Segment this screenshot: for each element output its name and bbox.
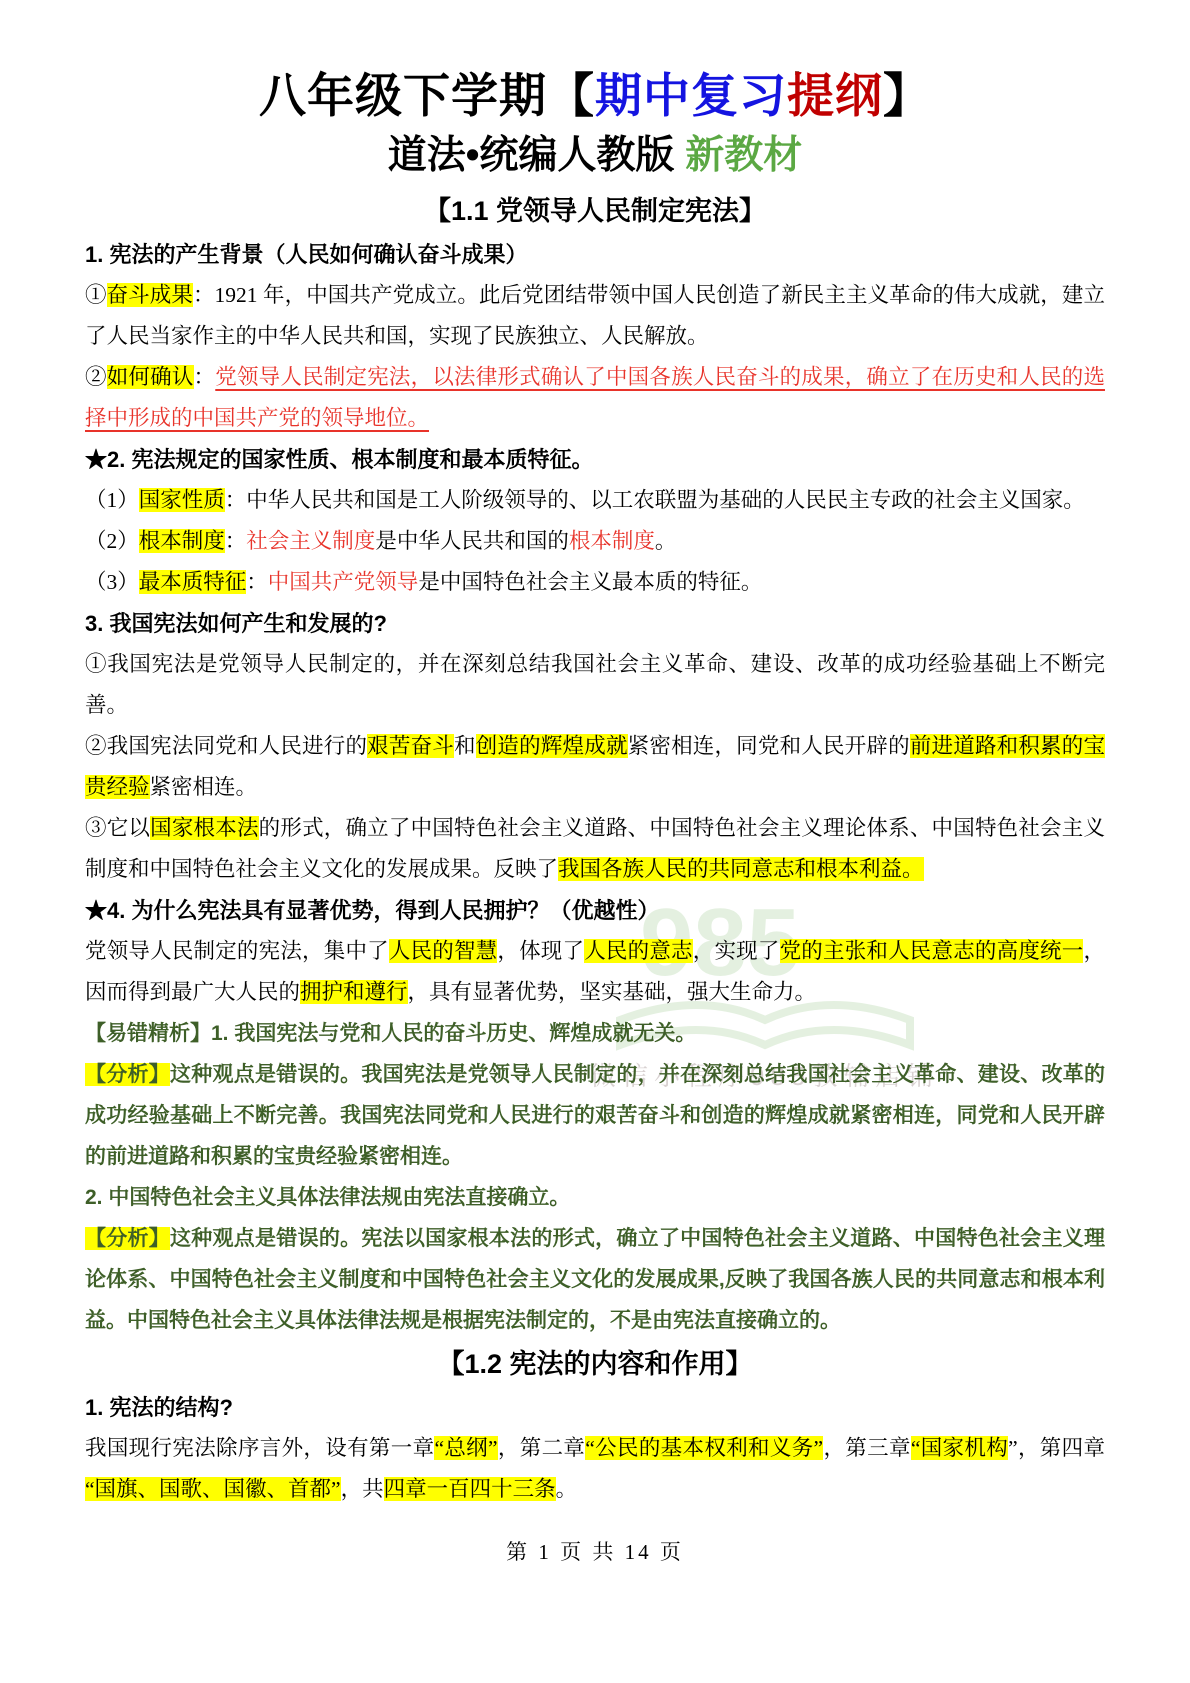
text-segment: 1. 宪法的结构? [85, 1395, 233, 1420]
text-segment: 根本制度 [139, 529, 225, 553]
text-segment: 根本制度 [569, 529, 655, 553]
section-heading-1-2: 【1.2 宪法的内容和作用】 [85, 1341, 1105, 1387]
text-segment: 【1.1 党领导人民制定宪法】 [424, 196, 766, 226]
answer-2-item-2: （2）根本制度：社会主义制度是中华人民共和国的根本制度。 [85, 521, 1105, 562]
text-segment: 人民的智慧 [389, 939, 498, 963]
question-2-heading: ★2. 宪法规定的国家性质、根本制度和最本质特征。 [85, 439, 1105, 480]
section-heading-1-1: 【1.1 党领导人民制定宪法】 [85, 188, 1105, 234]
answer-1-item-1: ①奋斗成果：1921 年，中国共产党成立。此后党团结带领中国人民创造了新民主主义… [85, 275, 1105, 357]
answer-2-item-1: （1）国家性质：中华人民共和国是工人阶级领导的、以工农联盟为基础的人民民主专政的… [85, 480, 1105, 521]
text-segment: 奋斗成果 [107, 283, 193, 307]
question-3-heading: 3. 我国宪法如何产生和发展的? [85, 603, 1105, 644]
text-segment: ② [85, 365, 107, 389]
answer-1-item-2: ②如何确认：党领导人民制定宪法，以法律形式确认了中国各族人民奋斗的成果，确立了在… [85, 357, 1105, 439]
text-segment: 如何确认 [107, 365, 194, 389]
answer-structure-para: 我国现行宪法除序言外，设有第一章“总纲”，第二章“公民的基本权利和义务”，第三章… [85, 1428, 1105, 1510]
text-segment: ①我国宪法是党领导人民制定的，并在深刻总结我国社会主义革命、建设、改革的成功经验… [85, 652, 1105, 717]
text-segment: 【分析】 [85, 1227, 170, 1250]
text-segment: 3. 我国宪法如何产生和发展的? [85, 611, 387, 636]
text-segment: （3） [85, 570, 139, 594]
text-segment: ，实现了 [693, 939, 780, 963]
text-segment: 新教材 [685, 134, 802, 177]
text-segment: 艰苦奋斗 [367, 734, 454, 758]
text-segment: ★4. 为什么宪法具有显著优势，得到人民拥护？（优越性） [85, 898, 659, 923]
text-segment: 党的主张和人民意志的高度统一 [780, 939, 1084, 963]
answer-2-item-3: （3）最本质特征：中国共产党领导是中国特色社会主义最本质的特征。 [85, 562, 1105, 603]
text-segment: 国家根本法 [150, 816, 259, 840]
text-segment: 道法•统编人教版 [388, 134, 686, 177]
text-segment: ，共 [341, 1477, 384, 1501]
text-segment: 提纲 [787, 69, 883, 122]
answer-3-item-2: ②我国宪法同党和人民进行的艰苦奋斗和创造的辉煌成就紧密相连，同党和人民开辟的前进… [85, 726, 1105, 808]
error-analysis-heading-2: 2. 中国特色社会主义具体法律法规由宪法直接确立。 [85, 1177, 1105, 1218]
text-segment: 期中复习 [595, 69, 787, 122]
text-segment: 这种观点是错误的。宪法以国家根本法的形式，确立了中国特色社会主义道路、中国特色社… [85, 1227, 1105, 1332]
question-1-heading: 1. 宪法的产生背景（人民如何确认奋斗成果） [85, 234, 1105, 275]
text-segment: 八年级下学期【 [259, 69, 595, 122]
error-analysis-body-2: 【分析】这种观点是错误的。宪法以国家根本法的形式，确立了中国特色社会主义道路、中… [85, 1218, 1105, 1341]
text-segment: 我国各族人民的共同意志和根本利益。 [558, 857, 924, 881]
text-segment: 国家性质 [139, 488, 225, 512]
answer-3-item-1: ①我国宪法是党领导人民制定的，并在深刻总结我国社会主义革命、建设、改革的成功经验… [85, 644, 1105, 726]
text-segment: 和 [454, 734, 476, 758]
text-segment: 。 [655, 529, 677, 553]
text-segment: ，具有显著优势，坚实基础，强大生命力。 [408, 980, 817, 1004]
page-number: 第 1 页 共 14 页 [85, 1536, 1105, 1566]
text-segment: “国旗、国歌、国徽、首都” [85, 1477, 341, 1501]
text-segment: 2. 中国特色社会主义具体法律法规由宪法直接确立。 [85, 1186, 570, 1209]
text-segment: 【分析】 [85, 1063, 170, 1086]
text-segment: 是中华人民共和国的 [375, 529, 569, 553]
text-segment: ，第三章 [823, 1436, 911, 1460]
text-segment: 是中国特色社会主义最本质的特征。 [418, 570, 762, 594]
text-segment: 【1.2 宪法的内容和作用】 [437, 1349, 752, 1379]
text-segment: 我国现行宪法除序言外，设有第一章 [85, 1436, 434, 1460]
text-segment: 】 [883, 69, 931, 122]
text-segment: “总纲” [434, 1436, 497, 1460]
error-analysis-body-1: 【分析】这种观点是错误的。我国宪法是党领导人民制定的，并在深刻总结我国社会主义革… [85, 1054, 1105, 1177]
text-segment: “国家机构 [911, 1436, 1008, 1460]
document-page: 985 微信小程序985教辅店铺 八年级下学期【期中复习提纲】 道法•统编人教版… [0, 0, 1190, 1683]
text-segment: 创造的辉煌成就 [476, 734, 628, 758]
page-title: 八年级下学期【期中复习提纲】 [85, 64, 1105, 128]
text-segment: 中国共产党领导 [268, 570, 419, 594]
text-segment: ，体现了 [497, 939, 584, 963]
text-segment: 1. 宪法的产生背景（人民如何确认奋斗成果） [85, 242, 527, 267]
text-segment: 【易错精析】1. 我国宪法与党和人民的奋斗历史、辉煌成就无关。 [85, 1022, 696, 1045]
text-segment: 拥护和遵行 [300, 980, 408, 1004]
text-segment: （1） [85, 488, 139, 512]
text-segment: ： [194, 365, 216, 389]
question-4-heading: ★4. 为什么宪法具有显著优势，得到人民拥护？（优越性） [85, 890, 1105, 931]
text-segment: ★2. 宪法规定的国家性质、根本制度和最本质特征。 [85, 447, 593, 472]
document-content: 八年级下学期【期中复习提纲】 道法•统编人教版 新教材 【1.1 党领导人民制定… [0, 0, 1190, 1566]
text-segment: 党领导人民制定的宪法，集中了 [85, 939, 389, 963]
text-segment: 党领导人民制定宪法，以法律形式确认了中国各族人民奋斗的成果，确立了在历史和人民的… [85, 365, 1105, 430]
text-segment: ： [225, 529, 247, 553]
text-segment: ① [85, 283, 107, 307]
answer-4-para: 党领导人民制定的宪法，集中了人民的智慧，体现了人民的意志，实现了党的主张和人民意… [85, 931, 1105, 1013]
text-segment: 人民的意志 [584, 939, 693, 963]
text-segment: ③它以 [85, 816, 150, 840]
text-segment: ”，第四章 [1008, 1436, 1105, 1460]
text-segment: ②我国宪法同党和人民进行的 [85, 734, 367, 758]
answer-3-item-3: ③它以国家根本法的形式，确立了中国特色社会主义道路、中国特色社会主义理论体系、中… [85, 808, 1105, 890]
text-segment: 这种观点是错误的。我国宪法是党领导人民制定的，并在深刻总结我国社会主义革命、建设… [85, 1063, 1105, 1168]
document-body: 【1.1 党领导人民制定宪法】1. 宪法的产生背景（人民如何确认奋斗成果）①奋斗… [85, 188, 1105, 1510]
text-segment: 紧密相连，同党和人民开辟的 [628, 734, 910, 758]
text-segment: 社会主义制度 [246, 529, 375, 553]
page-subtitle: 道法•统编人教版 新教材 [85, 128, 1105, 184]
text-segment: ：中华人民共和国是工人阶级领导的、以工农联盟为基础的人民民主专政的社会主义国家。 [225, 488, 1085, 512]
question-structure-heading: 1. 宪法的结构? [85, 1387, 1105, 1428]
text-segment: 最本质特征 [139, 570, 247, 594]
text-segment: 。 [556, 1477, 578, 1501]
text-segment: ：1921 年，中国共产党成立。此后党团结带领中国人民创造了新民主主义革命的伟大… [85, 283, 1105, 348]
text-segment: 四章一百四十三条 [384, 1477, 556, 1501]
error-analysis-heading-1: 【易错精析】1. 我国宪法与党和人民的奋斗历史、辉煌成就无关。 [85, 1013, 1105, 1054]
text-segment: ： [246, 570, 268, 594]
text-segment: ，第二章 [498, 1436, 586, 1460]
text-segment: （2） [85, 529, 139, 553]
text-segment: “公民的基本权利和义务” [585, 1436, 823, 1460]
text-segment: 紧密相连。 [150, 775, 258, 799]
